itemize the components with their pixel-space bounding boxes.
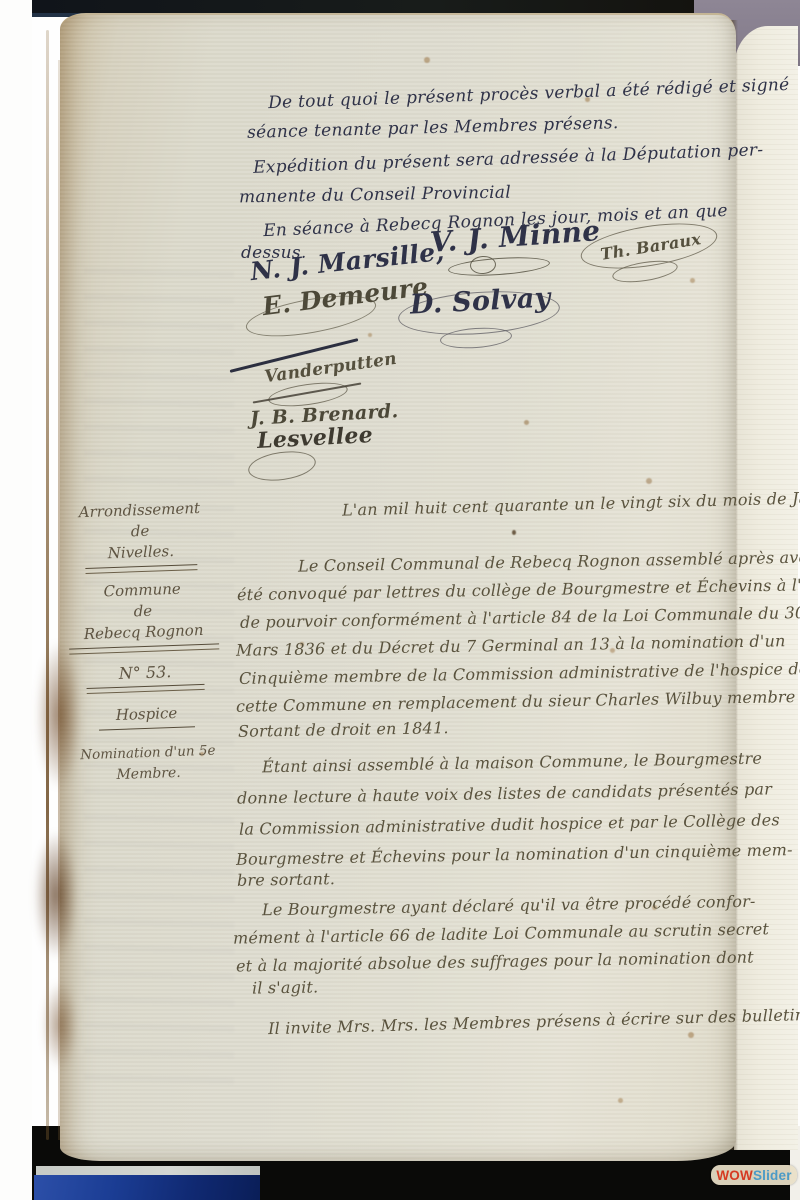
foxing-spot [618,1098,623,1103]
photo-of-manuscript: { "page": { "top_block": { "lines": [ "D… [0,0,800,1200]
margin-hospice: Hospice [115,703,177,726]
margin-rule [69,643,219,654]
body-line: il s'agit. [252,977,319,997]
margin-rule [85,564,197,574]
blue-book-cover [34,1175,260,1200]
foxing-spot [368,333,372,337]
foxing-spot [688,1032,694,1038]
margin-rule [99,726,195,734]
ink-speck [512,530,516,535]
margin-arrondissement: Arrondissement [78,498,200,523]
gutter-stain-blob [42,980,78,1070]
photo-edge-left [0,0,32,1200]
margin-membre: Membre. [116,763,181,786]
foxing-spot [424,57,430,63]
wowslider-slider-text: Slider [753,1168,792,1183]
margin-annotations: Arrondissement de Nivelles. Commune de R… [45,497,243,788]
margin-nivelles: Nivelles. [107,541,174,564]
margin-nomination: Nomination d'un 5e [80,741,216,767]
margin-commune: Commune [103,579,181,603]
margin-rebecq-rognon: Rebecq Rognon [83,620,203,645]
margin-rule [87,684,205,694]
body-line: bre sortant. [237,869,335,890]
wowslider-watermark[interactable]: WOWSlider [711,1165,797,1185]
foxing-spot [524,420,529,425]
gutter-stain-blob [34,830,78,960]
margin-de: de [133,601,152,623]
body-line: Sortant de droit en 1841. [238,718,449,741]
foxing-spot [646,478,652,484]
wowslider-wow-text: WOW [716,1168,753,1183]
margin-number: N° 53. [118,661,171,684]
book-cover-top-edge [30,0,694,13]
foxing-spot [690,278,695,283]
margin-de: de [131,521,150,543]
blue-book-stripe [36,1166,260,1175]
